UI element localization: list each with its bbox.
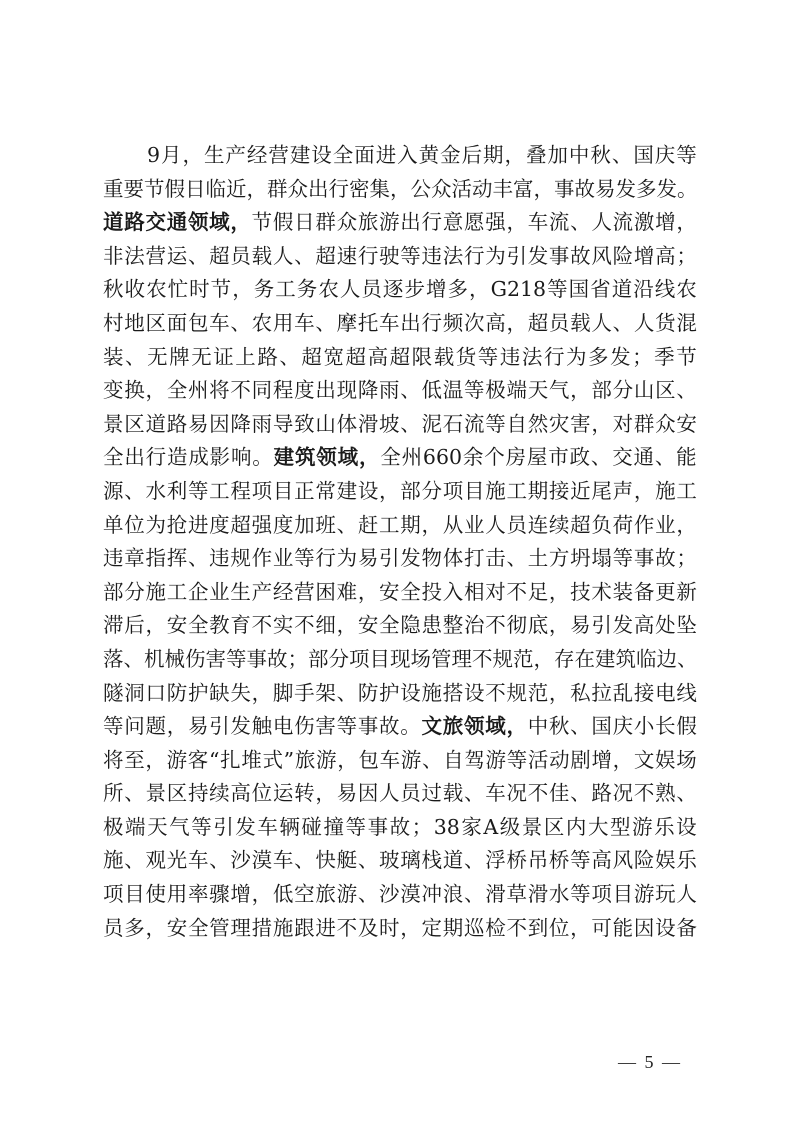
- body-text: 全: [188, 912, 209, 946]
- body-text: ，: [337, 609, 358, 643]
- body-text: ，: [145, 374, 166, 408]
- body-text: 、: [209, 844, 230, 878]
- body-text: 全: [333, 139, 354, 173]
- body-text: 接: [549, 475, 570, 509]
- body-text: 拉: [591, 677, 612, 711]
- body-text: 务: [254, 273, 275, 307]
- body-text: 足: [528, 576, 549, 610]
- body-text: 范: [528, 677, 549, 711]
- body-text: 出: [124, 441, 145, 475]
- body-text: 事: [247, 643, 268, 677]
- body-text: 多: [588, 341, 609, 375]
- body-text: 护: [379, 677, 400, 711]
- body-text: 员: [506, 509, 527, 543]
- body-text: 失: [230, 677, 251, 711]
- body-text: 路: [167, 408, 188, 442]
- body-text: 治: [464, 609, 485, 643]
- text-line: 项目使用率骤增，低空旅游、沙漠冲浪、滑草滑水等项目游玩人: [103, 878, 697, 912]
- body-text: 集: [370, 173, 391, 207]
- body-text: 高: [485, 307, 506, 341]
- body-text: 过: [422, 777, 443, 811]
- body-text: 度: [273, 509, 294, 543]
- body-text: 道: [612, 273, 633, 307]
- body-text: 安: [167, 609, 188, 643]
- body-text: 风: [591, 240, 612, 274]
- body-text: 型: [610, 811, 631, 845]
- body-text: 、: [124, 777, 145, 811]
- body-text: 接: [634, 677, 655, 711]
- body-text: 导: [273, 408, 294, 442]
- body-text: 证: [213, 341, 234, 375]
- body-text: 电: [655, 677, 676, 711]
- body-text: 近: [570, 475, 591, 509]
- body-text: 、: [677, 643, 698, 677]
- body-text: 行: [315, 542, 336, 576]
- body-text: 气: [549, 374, 570, 408]
- body-text: 车: [528, 206, 549, 240]
- body-text: 季: [654, 341, 675, 375]
- body-text: 法: [124, 240, 145, 274]
- body-text: 赶: [358, 509, 379, 543]
- body-text: 育: [230, 609, 251, 643]
- body-text: ；: [412, 811, 433, 845]
- body-text: 等: [478, 341, 499, 375]
- body-text: 近: [226, 173, 247, 207]
- body-text: 庆: [655, 139, 676, 173]
- body-text: 旅: [295, 744, 316, 778]
- body-text: 险: [634, 844, 655, 878]
- body-text: 易: [188, 710, 209, 744]
- body-text: 娱: [655, 744, 676, 778]
- body-text: 因: [634, 912, 655, 946]
- body-text: 隧: [103, 677, 124, 711]
- body-text: 人: [676, 878, 697, 912]
- body-text: ，: [676, 206, 697, 240]
- body-text: 跟: [294, 912, 315, 946]
- body-text: 产: [225, 139, 246, 173]
- body-text: 度: [294, 374, 315, 408]
- body-text: 为: [485, 240, 506, 274]
- body-text: 叠: [526, 139, 547, 173]
- body-text: 忙: [168, 273, 189, 307]
- section-heading-text: 域: [338, 441, 359, 475]
- body-text: 增: [426, 273, 447, 307]
- body-text: 人: [273, 240, 294, 274]
- body-text: 用: [273, 307, 294, 341]
- body-text: 产: [252, 576, 273, 610]
- body-text: 托: [358, 307, 379, 341]
- body-text: 发: [230, 710, 251, 744]
- body-text: 旅: [315, 878, 336, 912]
- body-text: 位: [549, 912, 570, 946]
- body-text: 对: [613, 408, 634, 442]
- body-text: 。: [400, 710, 421, 744]
- body-text: 工: [676, 475, 697, 509]
- body-text: 期: [483, 139, 504, 173]
- body-text: 项: [443, 475, 464, 509]
- body-text: 、: [612, 139, 633, 173]
- body-text: 风: [613, 844, 634, 878]
- body-text: 。: [252, 441, 273, 475]
- body-text: 多: [124, 912, 145, 946]
- body-text: ；: [676, 240, 697, 274]
- body-text: 不: [252, 609, 273, 643]
- body-text: 伤: [294, 710, 315, 744]
- body-text: 滞: [103, 609, 124, 643]
- body-text: ，: [379, 475, 400, 509]
- body-text: 端: [506, 374, 527, 408]
- section-heading-text: ，: [506, 710, 527, 744]
- text-line: 装、无牌无证上路、超宽超高超限载货等违法行为多发；季节: [103, 341, 697, 375]
- body-text: 部: [591, 374, 612, 408]
- body-text: 部: [103, 576, 124, 610]
- body-text: 人: [634, 307, 655, 341]
- body-text: 临: [206, 173, 227, 207]
- section-heading-text: 路: [124, 206, 145, 240]
- body-text: 等: [547, 273, 568, 307]
- body-text: 营: [268, 139, 289, 173]
- body-text: 分: [422, 475, 443, 509]
- body-text: 存: [554, 643, 575, 677]
- body-text: 工: [167, 576, 188, 610]
- body-text: 交: [612, 441, 633, 475]
- body-text: 理: [230, 912, 251, 946]
- body-text: 范: [513, 643, 534, 677]
- body-text: 等: [188, 475, 209, 509]
- body-text: 人: [340, 273, 361, 307]
- section-heading-text: 领: [316, 441, 337, 475]
- body-text: 景: [145, 777, 166, 811]
- body-text: 击: [485, 542, 506, 576]
- body-text: 指: [145, 542, 166, 576]
- body-text: 乐: [654, 811, 675, 845]
- body-text: 事: [634, 542, 655, 576]
- body-text: 驶: [379, 240, 400, 274]
- body-text: 日: [294, 206, 315, 240]
- body-text: 易: [337, 777, 358, 811]
- body-text: 法: [522, 341, 543, 375]
- body-text: 天: [528, 374, 549, 408]
- body-text: 步: [404, 273, 425, 307]
- body-text: 害: [206, 643, 227, 677]
- body-text: 端: [125, 811, 146, 845]
- body-text: ，: [145, 912, 166, 946]
- body-text: 节: [252, 206, 273, 240]
- body-text: 行: [422, 307, 443, 341]
- body-text: 易: [570, 609, 591, 643]
- body-text: 宽: [323, 341, 344, 375]
- body-text: 加: [294, 509, 315, 543]
- section-heading-text: 旅: [443, 710, 464, 744]
- body-text: 出: [315, 374, 336, 408]
- body-text: 从: [443, 509, 464, 543]
- body-text: ，: [634, 475, 655, 509]
- body-text: 害: [315, 710, 336, 744]
- text-line: 变换，全州将不同程度出现降雨、低温等极端天气，部分山区、: [103, 374, 697, 408]
- body-text: 期: [443, 912, 464, 946]
- body-text: 全: [103, 441, 124, 475]
- body-text: 货: [655, 307, 676, 341]
- body-paragraph: 9月，生产经营建设全面进入黄金后期，叠加中秋、国庆等重要节假日临近，群众出行密集…: [103, 139, 697, 945]
- body-text: 、: [464, 878, 485, 912]
- body-text: 故: [570, 240, 591, 274]
- text-line: 源、水利等工程项目正常建设，部分项目施工期接近尾声，施工: [103, 475, 697, 509]
- body-text: 不: [230, 374, 251, 408]
- body-text: 管: [209, 912, 230, 946]
- body-text: ，: [549, 576, 570, 610]
- body-text: 坠: [676, 609, 697, 643]
- body-text: 车: [294, 307, 315, 341]
- body-text: 流: [613, 206, 634, 240]
- body-text: 群: [267, 173, 288, 207]
- body-text: 强: [485, 206, 506, 240]
- body-text: 载: [443, 777, 464, 811]
- body-text: ，: [145, 609, 166, 643]
- body-text: 、: [358, 844, 379, 878]
- body-text: 技: [570, 576, 591, 610]
- body-text: 众: [337, 206, 358, 240]
- section-heading-text: 筑: [295, 441, 316, 475]
- body-text: 极: [485, 374, 506, 408]
- body-text: 、: [422, 744, 443, 778]
- body-text: 游: [379, 206, 400, 240]
- body-text: 观: [145, 844, 166, 878]
- body-text: 众: [288, 173, 309, 207]
- body-text: 时: [189, 273, 210, 307]
- body-text: 强: [252, 509, 273, 543]
- body-text: 设: [655, 912, 676, 946]
- body-text: 增: [655, 206, 676, 240]
- body-text: 、: [506, 542, 527, 576]
- body-text: “: [209, 744, 219, 778]
- body-text: ，: [422, 509, 443, 543]
- body-text: 故: [379, 710, 400, 744]
- body-text: 市: [548, 441, 569, 475]
- body-text: 坍: [570, 542, 591, 576]
- body-text: 连: [528, 509, 549, 543]
- body-text: 为: [337, 542, 358, 576]
- body-text: 行: [329, 173, 350, 207]
- body-text: 频: [443, 307, 464, 341]
- body-text: 现: [390, 643, 411, 677]
- body-text: 人: [591, 307, 612, 341]
- body-text: 高: [634, 609, 655, 643]
- body-text: 等: [226, 643, 247, 677]
- body-text: 章: [124, 542, 145, 576]
- body-text: 边: [657, 643, 678, 677]
- body-text: 口: [145, 677, 166, 711]
- body-text: 事: [358, 710, 379, 744]
- body-text: 出: [400, 307, 421, 341]
- body-text: 续: [549, 509, 570, 543]
- body-text: 项: [591, 878, 612, 912]
- body-text: 目: [273, 475, 294, 509]
- body-text: 后: [124, 609, 145, 643]
- body-text: 行: [464, 240, 485, 274]
- body-text: 富: [513, 173, 534, 207]
- body-text: 生: [230, 576, 251, 610]
- body-text: 等: [485, 408, 506, 442]
- body-text: 超: [230, 509, 251, 543]
- body-text: 、: [294, 240, 315, 274]
- body-text: ，: [506, 206, 527, 240]
- body-text: 作: [634, 509, 655, 543]
- body-text: ，: [337, 744, 358, 778]
- body-text: 私: [570, 677, 591, 711]
- body-text: 护: [188, 677, 209, 711]
- body-text: 众: [655, 408, 676, 442]
- body-text: 处: [655, 609, 676, 643]
- body-text: 隐: [400, 609, 421, 643]
- body-text: 引: [379, 542, 400, 576]
- body-text: 项: [349, 643, 370, 677]
- body-text: ，: [145, 744, 166, 778]
- body-text: 熟: [655, 777, 676, 811]
- body-text: 小: [634, 710, 655, 744]
- body-text: 景: [522, 811, 543, 845]
- body-text: 设: [400, 677, 421, 711]
- body-text: 车: [485, 777, 506, 811]
- body-text: 游: [634, 878, 655, 912]
- body-text: 天: [147, 811, 168, 845]
- body-text: 行: [146, 441, 167, 475]
- body-text: 挥: [167, 542, 188, 576]
- body-text: ，: [570, 912, 591, 946]
- body-text: 员: [103, 912, 124, 946]
- body-text: 牌: [169, 341, 190, 375]
- body-text: 不: [472, 643, 493, 677]
- body-text: 漠: [400, 878, 421, 912]
- body-text: 所: [103, 777, 124, 811]
- body-text: 碰: [301, 811, 322, 845]
- body-text: 游: [486, 744, 507, 778]
- body-text: 国: [633, 139, 654, 173]
- body-text: 洞: [124, 677, 145, 711]
- body-text: ，: [505, 139, 526, 173]
- body-text: 快: [315, 844, 336, 878]
- body-text: 故: [655, 542, 676, 576]
- body-text: 光: [167, 844, 188, 878]
- body-text: 整: [443, 609, 464, 643]
- body-text: 负: [591, 509, 612, 543]
- body-text: 因: [209, 408, 230, 442]
- body-text: 工: [506, 475, 527, 509]
- body-text: 等: [400, 240, 421, 274]
- body-text: 面: [354, 139, 375, 173]
- body-text: 农: [146, 273, 167, 307]
- body-text: 滑: [485, 878, 506, 912]
- body-text: 安: [167, 912, 188, 946]
- body-text: 设: [464, 677, 485, 711]
- body-text: 发: [610, 341, 631, 375]
- body-text: 载: [434, 341, 455, 375]
- body-text: 假: [676, 710, 697, 744]
- body-text: 等: [294, 542, 315, 576]
- body-text: 、: [188, 240, 209, 274]
- body-text: 常: [315, 475, 336, 509]
- body-text: 土: [528, 542, 549, 576]
- body-text: 、: [294, 844, 315, 878]
- body-text: 发: [400, 542, 421, 576]
- body-text: 上: [235, 341, 256, 375]
- body-text: 、: [124, 844, 145, 878]
- body-text: 石: [443, 408, 464, 442]
- body-text: 问: [124, 710, 145, 744]
- body-text: 等: [570, 844, 591, 878]
- body-text: 现: [337, 374, 358, 408]
- body-text: ，: [252, 677, 273, 711]
- body-text: 速: [337, 240, 358, 274]
- body-text: 载: [570, 307, 591, 341]
- section-heading-text: 文: [422, 710, 443, 744]
- body-text: 秋: [549, 710, 570, 744]
- body-text: 项: [252, 475, 273, 509]
- body-text: 电: [273, 710, 294, 744]
- body-text: 农: [318, 273, 339, 307]
- body-text: 施: [273, 912, 294, 946]
- body-text: 等: [507, 744, 528, 778]
- body-text: 措: [252, 912, 273, 946]
- body-text: 故: [575, 173, 596, 207]
- body-text: 目: [613, 878, 634, 912]
- body-text: 定: [422, 912, 443, 946]
- body-text: 发: [528, 240, 549, 274]
- body-text: 驾: [464, 744, 485, 778]
- body-text: 逐: [383, 273, 404, 307]
- body-text: ，: [534, 643, 555, 677]
- body-text: 塌: [591, 542, 612, 576]
- body-text: 、: [591, 441, 612, 475]
- body-text: 水: [145, 475, 166, 509]
- body-text: 等: [337, 710, 358, 744]
- body-text: G218: [491, 273, 547, 307]
- body-text: 易: [358, 542, 379, 576]
- body-text: 到: [528, 912, 549, 946]
- body-text: 务: [297, 273, 318, 307]
- body-text: 施: [103, 844, 124, 878]
- body-text: 等: [346, 811, 367, 845]
- body-text: 设: [311, 139, 332, 173]
- body-text: 超: [570, 509, 591, 543]
- body-text: 事: [554, 173, 575, 207]
- body-text: 农: [252, 307, 273, 341]
- body-text: 、: [358, 878, 379, 912]
- body-text: 运: [167, 240, 188, 274]
- body-text: 限: [412, 341, 433, 375]
- body-text: 引: [506, 240, 527, 274]
- body-text: 雨: [252, 408, 273, 442]
- body-text: 易: [188, 408, 209, 442]
- body-text: 更: [655, 576, 676, 610]
- text-line: 单位为抢进度超强度加班、赶工期，从业人员连续超负荷作业，: [103, 509, 697, 543]
- body-text: ，: [358, 576, 379, 610]
- text-line: 将至，游客“扎堆式”旅游，包车游、自驾游等活动剧增，文娱场: [103, 744, 697, 778]
- body-text: 、: [464, 844, 485, 878]
- body-text: 超: [528, 307, 549, 341]
- body-text: 期: [528, 475, 549, 509]
- body-text: 不: [485, 677, 506, 711]
- body-text: 荷: [613, 509, 634, 543]
- body-text: 全: [188, 609, 209, 643]
- body-text: ，: [252, 878, 273, 912]
- body-text: 温: [443, 374, 464, 408]
- body-text: 人: [379, 777, 400, 811]
- body-text: 业: [464, 509, 485, 543]
- body-text: 事: [549, 240, 570, 274]
- body-text: 况: [613, 777, 634, 811]
- body-text: 临: [636, 643, 657, 677]
- text-line: 道路交通领域，节假日群众旅游出行意愿强，车流、人流激增，: [103, 206, 697, 240]
